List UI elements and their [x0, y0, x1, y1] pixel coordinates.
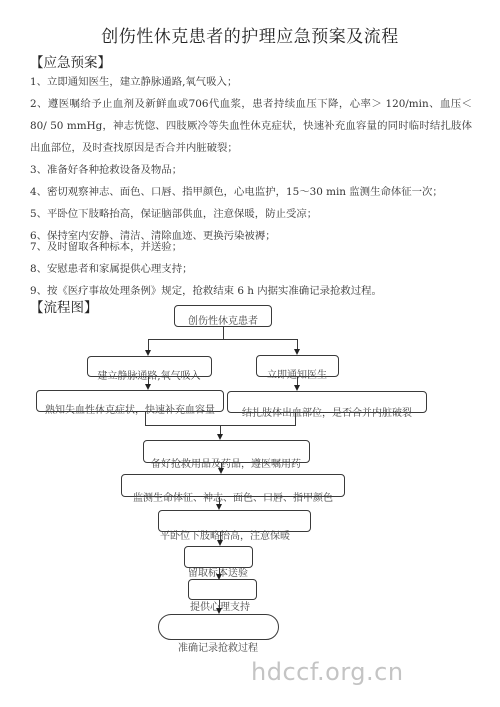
section-heading-emergency-plan: 【应急预案】	[30, 51, 111, 71]
plan-item-5: 5、平卧位下肢略抬高，保证脑部供血，注意保暖，防止受凉；	[30, 203, 472, 225]
flow-box-end	[158, 614, 279, 640]
plan-item-1: 1、立即通知医生，建立静脉通路,氧气吸入；	[30, 71, 472, 93]
flow-label-right-2: 结扎肢体出血部位，是否合并内脏破裂	[242, 404, 412, 419]
connector-line	[219, 600, 220, 608]
connector-line	[219, 497, 220, 504]
connector-line	[295, 413, 296, 425]
plan-item-4: 4、密切观察神志、面色、口唇、指甲颜色，心电监护，15～30 min 监测生命体…	[30, 181, 472, 203]
connector-line	[145, 412, 146, 425]
plan-item-2: 2、遵医嘱给予止血剂及新鲜血或706代血浆，患者持续血压下降，心率＞ 120/m…	[30, 93, 472, 159]
flow-box-step-7	[188, 579, 257, 600]
connector-line	[220, 532, 221, 540]
flow-label-step-3: 备好抢救用品及药品，遵医嘱用药	[151, 455, 301, 470]
plan-item-8: 8、安慰患者和家属提供心理支持；	[30, 258, 472, 280]
document-title: 创伤性休克患者的护理应急预案及流程	[0, 22, 500, 47]
watermark: hdccf.org.cn	[251, 658, 404, 686]
plan-item-7: 7、及时留取各种标本，并送验；	[30, 236, 472, 258]
connector-line	[297, 339, 298, 349]
flow-label-end: 准确记录抢救过程	[178, 639, 258, 654]
connector-line	[220, 425, 221, 434]
flow-label-step-5: 平卧位下肢略抬高，注意保暖	[160, 527, 290, 542]
section-heading-flowchart: 【流程图】	[30, 296, 98, 316]
connector-line	[148, 339, 149, 350]
plan-item-3: 3、准备好各种抢救设备及物品；	[30, 159, 472, 181]
connector-line	[148, 377, 149, 384]
connector-line	[148, 339, 298, 340]
flow-label-start: 创伤性休克患者	[188, 312, 258, 327]
flow-label-left-2: 熟知失血性休克症状，快速补充血容量	[45, 401, 215, 416]
connector-line	[297, 377, 298, 385]
flow-label-step-4: 监测生命体征、神志、面色、口唇、指甲颜色	[133, 489, 333, 504]
